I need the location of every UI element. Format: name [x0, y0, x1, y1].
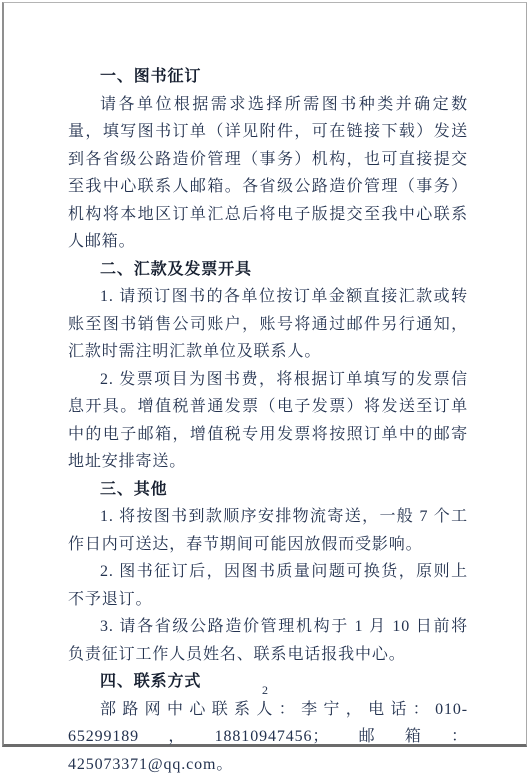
paragraph: 1. 将按图书到款顺序安排物流寄送，一般 7 个工作日内可送达，春节期间可能因放…	[68, 503, 468, 558]
paragraph: 1. 请预订图书的各单位按订单金额直接汇款或转账至图书销售公司账户，账号将通过邮…	[68, 283, 468, 366]
paragraph: 2. 图书征订后，因图书质量问题可换货，原则上不予退订。	[68, 558, 468, 613]
paragraph: 3. 请各省级公路造价管理机构于 1 月 10 日前将负责征订工作人员姓名、联系…	[68, 613, 468, 668]
document-section: 四、联系方式部路网中心联系人：李宁，电话：010-65299189，188109…	[68, 668, 468, 753]
document-page: 一、图书征订请各单位根据需求选择所需图书种类并确定数量，填写图书订单（详见附件，…	[2, 2, 527, 747]
document-body: 一、图书征订请各单位根据需求选择所需图书种类并确定数量，填写图书订单（详见附件，…	[68, 63, 468, 753]
section-heading: 二、汇款及发票开具	[68, 256, 468, 284]
paragraph: 部路网中心联系人：李宁，电话：010-65299189，18810947456；…	[68, 696, 468, 754]
document-section: 三、其他1. 将按图书到款顺序安排物流寄送，一般 7 个工作日内可送达，春节期间…	[68, 476, 468, 669]
document-section: 二、汇款及发票开具1. 请预订图书的各单位按订单金额直接汇款或转账至图书销售公司…	[68, 256, 468, 476]
paragraph: 请各单位根据需求选择所需图书种类并确定数量，填写图书订单（详见附件，可在链接下载…	[68, 91, 468, 256]
section-heading: 一、图书征订	[68, 63, 468, 91]
page-number: 2	[4, 683, 526, 698]
paragraph: 2. 发票项目为图书费，将根据订单填写的发票信息开具。增值税普通发票（电子发票）…	[68, 366, 468, 476]
section-heading: 三、其他	[68, 476, 468, 504]
document-section: 一、图书征订请各单位根据需求选择所需图书种类并确定数量，填写图书订单（详见附件，…	[68, 63, 468, 256]
